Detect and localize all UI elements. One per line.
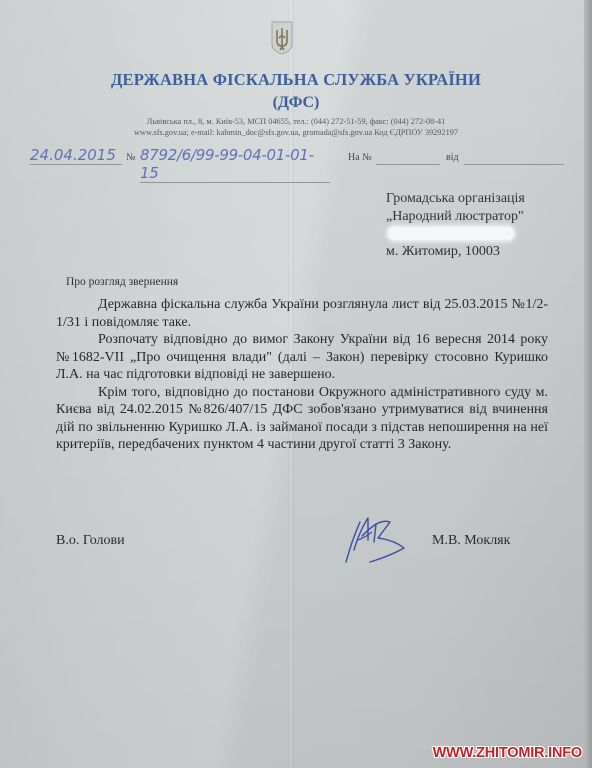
signatory-name: М.В. Мокляк [432, 533, 510, 549]
body-paragraph: Розпочату відповідно до вимог Закону Укр… [56, 331, 548, 384]
letter-body: Державна фіскальна служба України розгля… [56, 296, 548, 454]
signatory-title: В.о. Голови [56, 533, 125, 549]
body-paragraph: Державна фіскальна служба України розгля… [56, 296, 548, 331]
org-contact-address: Львівська пл., 8, м. Київ-53, МСП 04655,… [0, 117, 592, 126]
trident-coat-of-arms-icon [270, 20, 294, 56]
letter-subject: Про розгляд звернення [66, 276, 178, 288]
body-paragraph: Крім того, відповідно до постанови Окруж… [56, 384, 548, 454]
addressee-line-org-type: Громадська організація [386, 190, 525, 208]
addressee-block: Громадська організація „Народний люстрат… [386, 190, 525, 261]
in-reply-field [376, 164, 440, 165]
registration-number: 8792/6/99-99-04-01-01-15 [140, 146, 330, 183]
addressee-line-city: м. Житомир, 10003 [386, 243, 525, 261]
registration-date: 24.04.2015 [30, 146, 122, 165]
registration-number-label: № [126, 152, 136, 163]
letter-paper: ДЕРЖАВНА ФІСКАЛЬНА СЛУЖБА УКРАЇНИ (ДФС) … [0, 0, 586, 768]
org-contact-web: www.sfs.gov.ua; e-mail: kabmin_doc@sfs.g… [0, 128, 592, 137]
org-abbreviation: (ДФС) [0, 94, 592, 112]
from-date-field [464, 164, 564, 165]
registration-line: 24.04.2015 № 8792/6/99-99-04-01-01-15 На… [30, 146, 570, 168]
site-watermark: WWW.ZHITOMIR.INFO [433, 745, 582, 761]
in-reply-label: На № [348, 152, 372, 163]
redacted-address-bar [388, 227, 514, 240]
paper-edge-shadow [584, 0, 592, 768]
from-date-label: від [446, 152, 459, 163]
org-name: ДЕРЖАВНА ФІСКАЛЬНА СЛУЖБА УКРАЇНИ [0, 70, 592, 90]
handwritten-signature-icon [318, 510, 426, 566]
addressee-line-org-name: „Народний люстратор" [386, 208, 525, 226]
